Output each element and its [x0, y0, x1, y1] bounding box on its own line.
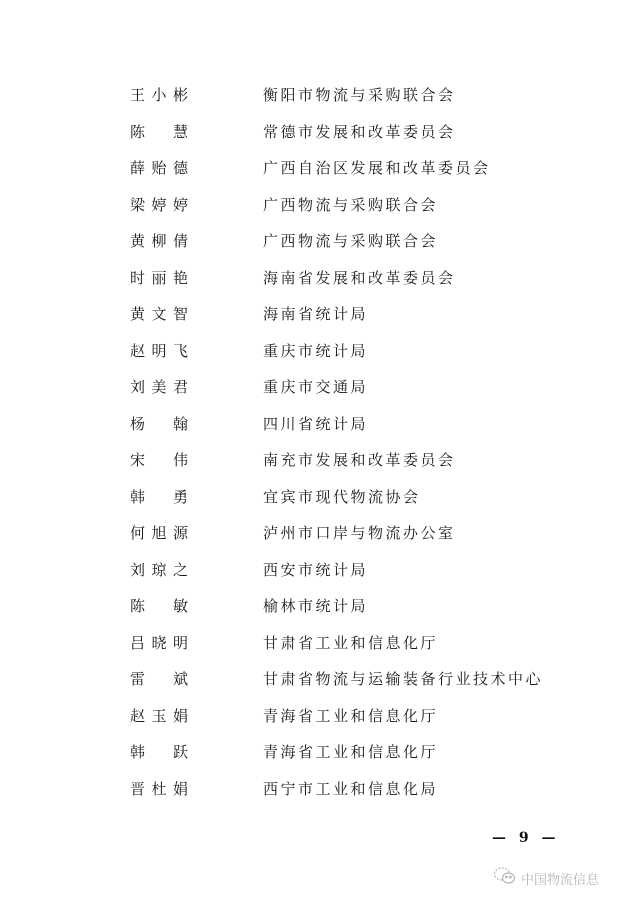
list-item: 陈 慧 常德市发展和改革委员会 — [0, 119, 640, 145]
list-item: 韩 跃 青海省工业和信息化厅 — [0, 739, 640, 765]
list-item: 梁婷婷 广西物流与采购联合会 — [0, 192, 640, 218]
organization: 重庆市统计局 — [263, 338, 368, 364]
organization: 广西物流与采购联合会 — [263, 228, 438, 254]
person-name: 陈 敏 — [130, 593, 190, 619]
list-item: 晋杜娟 西宁市工业和信息化局 — [0, 776, 640, 802]
list-item: 黄文智 海南省统计局 — [0, 301, 640, 327]
organization: 海南省统计局 — [263, 301, 368, 327]
person-name: 赵明飞 — [130, 338, 190, 364]
person-name: 黄文智 — [130, 301, 190, 327]
page-number: — 9 — — [492, 830, 560, 846]
person-name: 吕晓明 — [130, 630, 190, 656]
person-name: 韩 勇 — [130, 484, 190, 510]
organization: 海南省发展和改革委员会 — [263, 265, 456, 291]
list-item: 何旭源 泸州市口岸与物流办公室 — [0, 520, 640, 546]
person-name: 雷 斌 — [130, 666, 190, 692]
person-name: 薛贻德 — [130, 155, 190, 181]
person-name: 陈 慧 — [130, 119, 190, 145]
list-item: 刘琼之 西安市统计局 — [0, 557, 640, 583]
organization: 广西自治区发展和改革委员会 — [263, 155, 491, 181]
organization: 甘肃省物流与运输装备行业技术中心 — [263, 666, 543, 692]
list-item: 赵明飞 重庆市统计局 — [0, 338, 640, 364]
watermark: 中国物流信息 — [493, 866, 599, 890]
list-item: 黄柳倩 广西物流与采购联合会 — [0, 228, 640, 254]
organization: 南充市发展和改革委员会 — [263, 447, 456, 473]
organization: 榆林市统计局 — [263, 593, 368, 619]
organization: 青海省工业和信息化厅 — [263, 703, 438, 729]
organization: 甘肃省工业和信息化厅 — [263, 630, 438, 656]
list-item: 赵玉娟 青海省工业和信息化厅 — [0, 703, 640, 729]
organization: 西安市统计局 — [263, 557, 368, 583]
list-item: 韩 勇 宜宾市现代物流协会 — [0, 484, 640, 510]
list-item: 薛贻德 广西自治区发展和改革委员会 — [0, 155, 640, 181]
person-name: 黄柳倩 — [130, 228, 190, 254]
list-item: 王小彬 衡阳市物流与采购联合会 — [0, 82, 640, 108]
organization: 青海省工业和信息化厅 — [263, 739, 438, 765]
person-name: 时丽艳 — [130, 265, 190, 291]
list-item: 陈 敏 榆林市统计局 — [0, 593, 640, 619]
person-name: 韩 跃 — [130, 739, 190, 765]
organization: 泸州市口岸与物流办公室 — [263, 520, 456, 546]
person-name: 王小彬 — [130, 82, 190, 108]
organization: 西宁市工业和信息化局 — [263, 776, 438, 802]
list-item: 时丽艳 海南省发展和改革委员会 — [0, 265, 640, 291]
organization: 宜宾市现代物流协会 — [263, 484, 421, 510]
list-item: 宋 伟 南充市发展和改革委员会 — [0, 447, 640, 473]
list-item: 杨 翰 四川省统计局 — [0, 411, 640, 437]
person-name: 赵玉娟 — [130, 703, 190, 729]
organization: 广西物流与采购联合会 — [263, 192, 438, 218]
list-item: 雷 斌 甘肃省物流与运输装备行业技术中心 — [0, 666, 640, 692]
organization: 常德市发展和改革委员会 — [263, 119, 456, 145]
person-name: 刘琼之 — [130, 557, 190, 583]
organization: 衡阳市物流与采购联合会 — [263, 82, 456, 108]
watermark-text: 中国物流信息 — [521, 869, 599, 888]
person-name: 梁婷婷 — [130, 192, 190, 218]
organization: 重庆市交通局 — [263, 374, 368, 400]
person-name: 晋杜娟 — [130, 776, 190, 802]
person-name: 刘美君 — [130, 374, 190, 400]
person-name: 杨 翰 — [130, 411, 190, 437]
organization: 四川省统计局 — [263, 411, 368, 437]
person-name: 宋 伟 — [130, 447, 190, 473]
wechat-icon — [493, 866, 517, 890]
person-name: 何旭源 — [130, 520, 190, 546]
list-item: 刘美君 重庆市交通局 — [0, 374, 640, 400]
list-item: 吕晓明 甘肃省工业和信息化厅 — [0, 630, 640, 656]
